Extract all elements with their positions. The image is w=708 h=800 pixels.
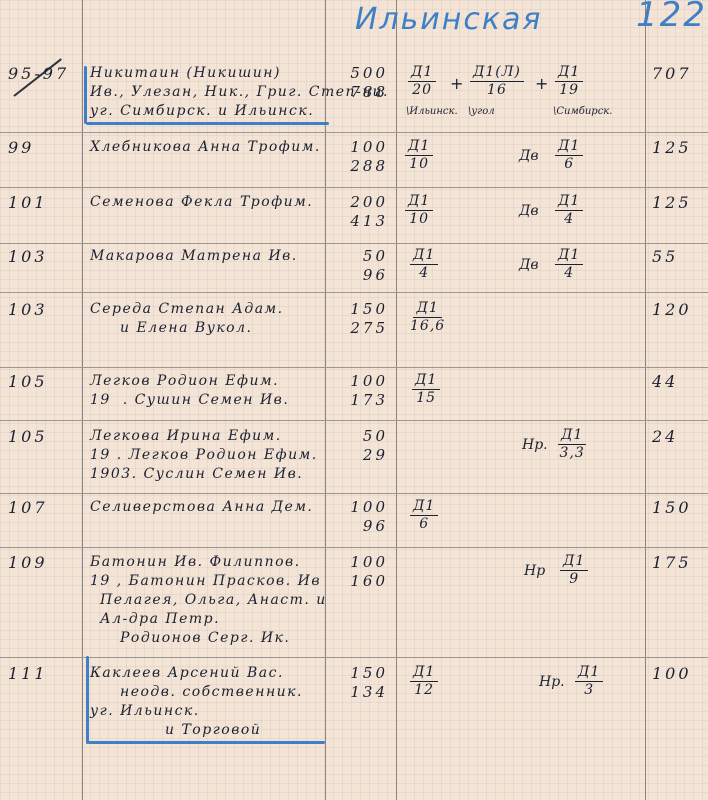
column-divider-values <box>396 0 397 800</box>
value-top: 500 <box>330 64 388 83</box>
fraction-denominator: 3 <box>584 682 594 699</box>
value-top: 100 <box>330 138 388 157</box>
owner-line: Середа Степан Адам. <box>90 300 284 319</box>
fraction-denominator: 19 <box>559 82 579 99</box>
owner-line: Ал-дра Петр. <box>100 610 220 629</box>
house-number: 103 <box>8 247 48 266</box>
fraction-numerator: Д1 <box>558 427 586 445</box>
house-number: 105 <box>8 372 48 391</box>
house-number: 107 <box>8 498 48 517</box>
street-title: Ильинская <box>355 10 542 29</box>
fraction-denominator: 16,6 <box>410 318 445 335</box>
value-top: 50 <box>330 427 388 446</box>
fraction-numerator: Д1 <box>412 372 440 390</box>
value-top: 50 <box>330 247 388 266</box>
row-divider <box>0 547 708 548</box>
fraction: Д16 <box>410 498 438 533</box>
owner-line: и Елена Вукол. <box>120 319 252 338</box>
assessment-total: 100 <box>652 664 692 683</box>
fraction-prefix: Дв <box>519 148 539 164</box>
fraction-numerator: Д1 <box>555 193 583 211</box>
fraction-prefix: Нр <box>524 563 545 579</box>
assessment-total: 150 <box>652 498 692 517</box>
assessment-total: 707 <box>652 64 692 83</box>
value-top: 200 <box>330 193 388 212</box>
blue-bracket-left <box>84 66 87 124</box>
owner-line: уг. Симбирск. и Ильинск. <box>90 102 314 121</box>
fraction-prefix: Дв <box>519 257 539 273</box>
value-bottom: 288 <box>330 157 388 176</box>
assessment-total: 125 <box>652 138 692 157</box>
value-bottom: 413 <box>330 212 388 231</box>
fraction: Д112 <box>410 664 438 699</box>
page-number: 122 <box>636 6 707 25</box>
owner-line: Батонин Ив. Филиппов. <box>90 553 301 572</box>
column-divider-owner <box>325 0 326 800</box>
fraction: Д13 <box>575 664 603 699</box>
fraction: Д1(Л)16 <box>470 64 524 99</box>
value-bottom: 29 <box>330 446 388 465</box>
column-divider-house <box>82 0 83 800</box>
fraction: Д110 <box>405 193 433 228</box>
owner-line: Родионов Серг. Ик. <box>120 629 290 648</box>
fraction-numerator: Д1(Л) <box>470 64 524 82</box>
owner-line: уг. Ильинск. <box>90 702 200 721</box>
value-top: 150 <box>330 300 388 319</box>
owner-line: Пелагея, Ольга, Анаст. и <box>100 591 327 610</box>
fraction-denominator: 12 <box>414 682 434 699</box>
house-number: 109 <box>8 553 48 572</box>
owner-line: Каклеев Арсений Вас. <box>90 664 284 683</box>
value-top: 150 <box>330 664 388 683</box>
fraction-denominator: 9 <box>569 571 579 588</box>
house-number: 101 <box>8 193 48 212</box>
house-number: 111 <box>8 664 48 683</box>
value-bottom: 96 <box>330 266 388 285</box>
fraction-numerator: Д1 <box>410 247 438 265</box>
value-top: 100 <box>330 553 388 572</box>
fraction-numerator: Д1 <box>560 553 588 571</box>
row-divider <box>0 657 708 658</box>
owner-line: 19 . Сушин Семен Ив. <box>90 391 289 410</box>
plus-sign: + <box>450 74 463 93</box>
owner-line: Никитаин (Никишин) <box>90 64 281 83</box>
fraction: Д119 <box>555 64 583 99</box>
plus-sign: + <box>535 74 548 93</box>
fraction: Д120 <box>408 64 436 99</box>
row-divider <box>0 292 708 293</box>
fraction-denominator: 6 <box>419 516 429 533</box>
value-top: 100 <box>330 498 388 517</box>
assessment-total: 125 <box>652 193 692 212</box>
assessment-total: 175 <box>652 553 692 572</box>
owner-line: Хлебникова Анна Трофим. <box>90 138 321 157</box>
value-bottom: 96 <box>330 517 388 536</box>
fraction-numerator: Д1 <box>410 498 438 516</box>
fraction: Д110 <box>405 138 433 173</box>
assessment-total: 55 <box>652 247 678 266</box>
value-bottom: 275 <box>330 319 388 338</box>
fraction-numerator: Д1 <box>575 664 603 682</box>
owner-line: Семенова Фекла Трофим. <box>90 193 313 212</box>
house-number: 105 <box>8 427 48 446</box>
owner-line: Макарова Матрена Ив. <box>90 247 298 266</box>
fraction-numerator: Д1 <box>555 64 583 82</box>
assessment-total: 24 <box>652 427 678 446</box>
row-divider <box>0 367 708 368</box>
owner-line: и Торговой <box>165 721 261 740</box>
house-number: 99 <box>8 138 34 157</box>
fraction: Д19 <box>560 553 588 588</box>
fraction-note: \Симбирск. <box>553 106 612 117</box>
column-divider-assessment <box>645 0 646 800</box>
fraction-denominator: 4 <box>564 265 574 282</box>
fraction-denominator: 10 <box>409 211 429 228</box>
assessment-total: 44 <box>652 372 678 391</box>
fraction-denominator: 3,3 <box>560 445 585 462</box>
value-bottom: 160 <box>330 572 388 591</box>
owner-line: 1903. Суслин Семен Ив. <box>90 465 303 484</box>
fraction-numerator: Д1 <box>408 64 436 82</box>
owner-line: Селиверстова Анна Дем. <box>90 498 313 517</box>
assessment-total: 120 <box>652 300 692 319</box>
owner-line: Легков Родион Ефим. <box>90 372 279 391</box>
fraction-numerator: Д1 <box>405 193 433 211</box>
blue-bracket-left <box>86 656 89 744</box>
fraction-denominator: 15 <box>416 390 436 407</box>
fraction-denominator: 4 <box>419 265 429 282</box>
fraction-prefix: Дв <box>519 203 539 219</box>
house-number: 95-97 <box>8 64 69 83</box>
row-divider <box>0 243 708 244</box>
owner-line: 19 , Батонин Прасков. Ив <box>90 572 321 591</box>
fraction-note: \угол <box>468 106 495 117</box>
fraction: Д116,6 <box>410 300 445 335</box>
fraction-numerator: Д1 <box>413 300 441 318</box>
house-number: 103 <box>8 300 48 319</box>
ledger-page: Ильинская 122 95-97Никитаин (Никишин)Ив.… <box>0 0 708 800</box>
value-top: 100 <box>330 372 388 391</box>
owner-line: 19 . Легков Родион Ефим. <box>90 446 318 465</box>
fraction-denominator: 10 <box>409 156 429 173</box>
fraction-prefix: Нр. <box>522 437 548 453</box>
value-bottom: 788 <box>330 83 388 102</box>
fraction-prefix: Нр. <box>539 674 565 690</box>
fraction-numerator: Д1 <box>555 247 583 265</box>
fraction-denominator: 4 <box>564 211 574 228</box>
value-bottom: 173 <box>330 391 388 410</box>
fraction-numerator: Д1 <box>410 664 438 682</box>
fraction-denominator: 20 <box>412 82 432 99</box>
fraction-denominator: 16 <box>487 82 507 99</box>
owner-line: Легкова Ирина Ефим. <box>90 427 282 446</box>
fraction: Д115 <box>412 372 440 407</box>
fraction: Д14 <box>555 247 583 282</box>
owner-line: неодв. собственник. <box>120 683 303 702</box>
row-divider <box>0 493 708 494</box>
value-bottom: 134 <box>330 683 388 702</box>
fraction-numerator: Д1 <box>405 138 433 156</box>
row-divider <box>0 132 708 133</box>
fraction-note: \Ильинск. <box>406 106 458 117</box>
fraction: Д14 <box>410 247 438 282</box>
fraction: Д14 <box>555 193 583 228</box>
fraction: Д13,3 <box>558 427 586 462</box>
fraction-numerator: Д1 <box>555 138 583 156</box>
row-divider <box>0 187 708 188</box>
fraction: Д16 <box>555 138 583 173</box>
blue-underline <box>88 741 325 744</box>
fraction-denominator: 6 <box>564 156 574 173</box>
row-divider <box>0 420 708 421</box>
blue-underline <box>86 122 329 125</box>
